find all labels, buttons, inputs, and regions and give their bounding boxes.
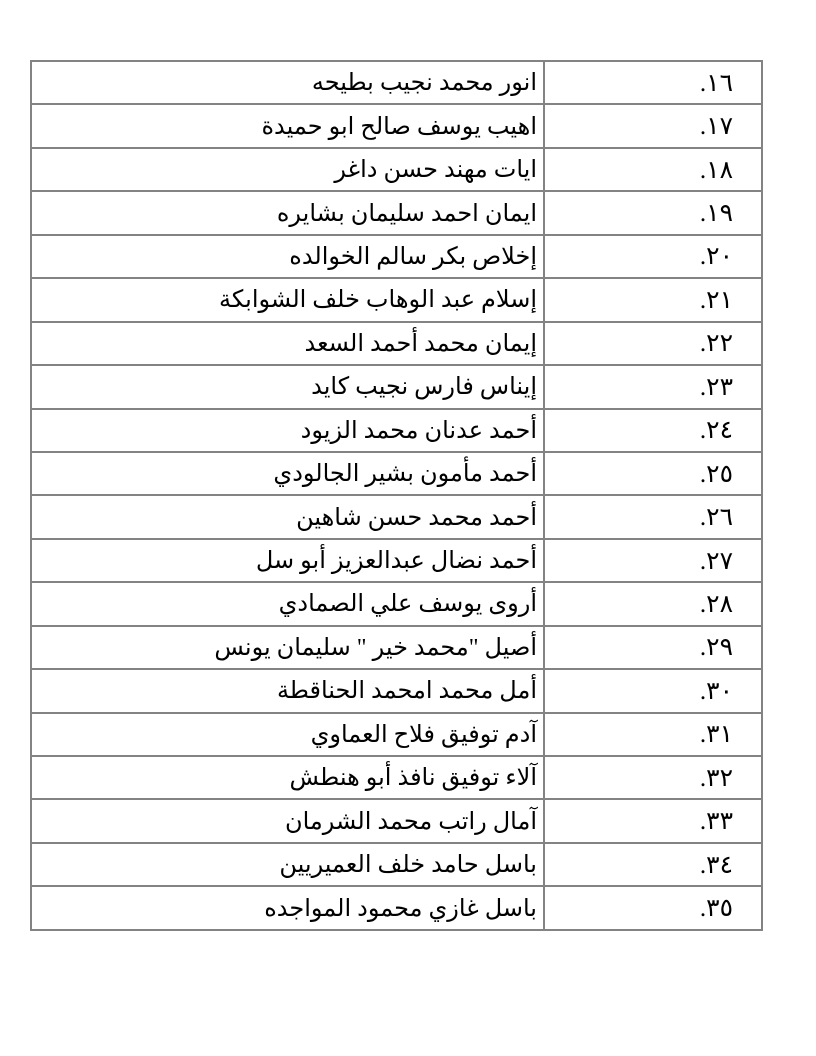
table-row: ٢٨.أروى يوسف علي الصمادي: [31, 582, 762, 625]
row-number-cell: ٢٩.: [544, 626, 762, 669]
row-name-cell: باسل حامد خلف العميريين: [31, 843, 544, 886]
row-name-cell: أحمد عدنان محمد الزيود: [31, 409, 544, 452]
row-number-cell: ٣١.: [544, 713, 762, 756]
row-number-cell: ٢١.: [544, 278, 762, 321]
row-number-cell: ١٦.: [544, 61, 762, 104]
row-name-cell: إخلاص بكر سالم الخوالده: [31, 235, 544, 278]
table-row: ٣٠.أمل محمد امحمد الحناقطة: [31, 669, 762, 712]
roster-table: ١٦.انور محمد نجيب بطيحه١٧.اهيب يوسف صالح…: [30, 60, 763, 931]
row-name-cell: آدم توفيق فلاح العماوي: [31, 713, 544, 756]
row-name-cell: أحمد نضال عبدالعزيز أبو سل: [31, 539, 544, 582]
table-row: ٢٩.أصيل "محمد خير " سليمان يونس: [31, 626, 762, 669]
table-row: ٣٢.آلاء توفيق نافذ أبو هنطش: [31, 756, 762, 799]
row-number-cell: ٣٠.: [544, 669, 762, 712]
row-name-cell: اهيب يوسف صالح ابو حميدة: [31, 104, 544, 147]
row-number-cell: ١٨.: [544, 148, 762, 191]
roster-table-body: ١٦.انور محمد نجيب بطيحه١٧.اهيب يوسف صالح…: [31, 61, 762, 930]
row-name-cell: أصيل "محمد خير " سليمان يونس: [31, 626, 544, 669]
row-name-cell: انور محمد نجيب بطيحه: [31, 61, 544, 104]
table-row: ٢٥.أحمد مأمون بشير الجالودي: [31, 452, 762, 495]
row-name-cell: إسلام عبد الوهاب خلف الشوابكة: [31, 278, 544, 321]
row-number-cell: ٢٣.: [544, 365, 762, 408]
table-row: ٢١.إسلام عبد الوهاب خلف الشوابكة: [31, 278, 762, 321]
row-name-cell: أحمد مأمون بشير الجالودي: [31, 452, 544, 495]
row-number-cell: ١٧.: [544, 104, 762, 147]
row-name-cell: باسل غازي محمود المواجده: [31, 886, 544, 930]
row-number-cell: ٢٤.: [544, 409, 762, 452]
row-number-cell: ٢٨.: [544, 582, 762, 625]
table-row: ٣٣.آمال راتب محمد الشرمان: [31, 799, 762, 842]
row-name-cell: إيناس فارس نجيب كايد: [31, 365, 544, 408]
row-number-cell: ٢٢.: [544, 322, 762, 365]
table-row: ٢٢.إيمان محمد أحمد السعد: [31, 322, 762, 365]
table-row: ٢٦.أحمد محمد حسن شاهين: [31, 495, 762, 538]
table-row: ٣٥.باسل غازي محمود المواجده: [31, 886, 762, 930]
table-row: ٢٤.أحمد عدنان محمد الزيود: [31, 409, 762, 452]
document-page: ١٦.انور محمد نجيب بطيحه١٧.اهيب يوسف صالح…: [0, 0, 816, 1056]
table-row: ١٧.اهيب يوسف صالح ابو حميدة: [31, 104, 762, 147]
row-name-cell: إيمان محمد أحمد السعد: [31, 322, 544, 365]
row-name-cell: أروى يوسف علي الصمادي: [31, 582, 544, 625]
row-name-cell: أحمد محمد حسن شاهين: [31, 495, 544, 538]
row-number-cell: ٢٦.: [544, 495, 762, 538]
row-name-cell: ايمان احمد سليمان بشايره: [31, 191, 544, 234]
row-name-cell: آلاء توفيق نافذ أبو هنطش: [31, 756, 544, 799]
row-number-cell: ٢٧.: [544, 539, 762, 582]
row-number-cell: ٢٠.: [544, 235, 762, 278]
row-number-cell: ١٩.: [544, 191, 762, 234]
row-number-cell: ٣٥.: [544, 886, 762, 930]
row-name-cell: آمال راتب محمد الشرمان: [31, 799, 544, 842]
table-row: ٣١.آدم توفيق فلاح العماوي: [31, 713, 762, 756]
table-row: ٣٤.باسل حامد خلف العميريين: [31, 843, 762, 886]
table-row: ٢٠.إخلاص بكر سالم الخوالده: [31, 235, 762, 278]
table-row: ١٩.ايمان احمد سليمان بشايره: [31, 191, 762, 234]
table-row: ١٦.انور محمد نجيب بطيحه: [31, 61, 762, 104]
table-row: ٢٧.أحمد نضال عبدالعزيز أبو سل: [31, 539, 762, 582]
row-number-cell: ٢٥.: [544, 452, 762, 495]
row-name-cell: أمل محمد امحمد الحناقطة: [31, 669, 544, 712]
row-number-cell: ٣٢.: [544, 756, 762, 799]
row-name-cell: ايات مهند حسن داغر: [31, 148, 544, 191]
table-row: ٢٣.إيناس فارس نجيب كايد: [31, 365, 762, 408]
row-number-cell: ٣٤.: [544, 843, 762, 886]
row-number-cell: ٣٣.: [544, 799, 762, 842]
table-row: ١٨.ايات مهند حسن داغر: [31, 148, 762, 191]
